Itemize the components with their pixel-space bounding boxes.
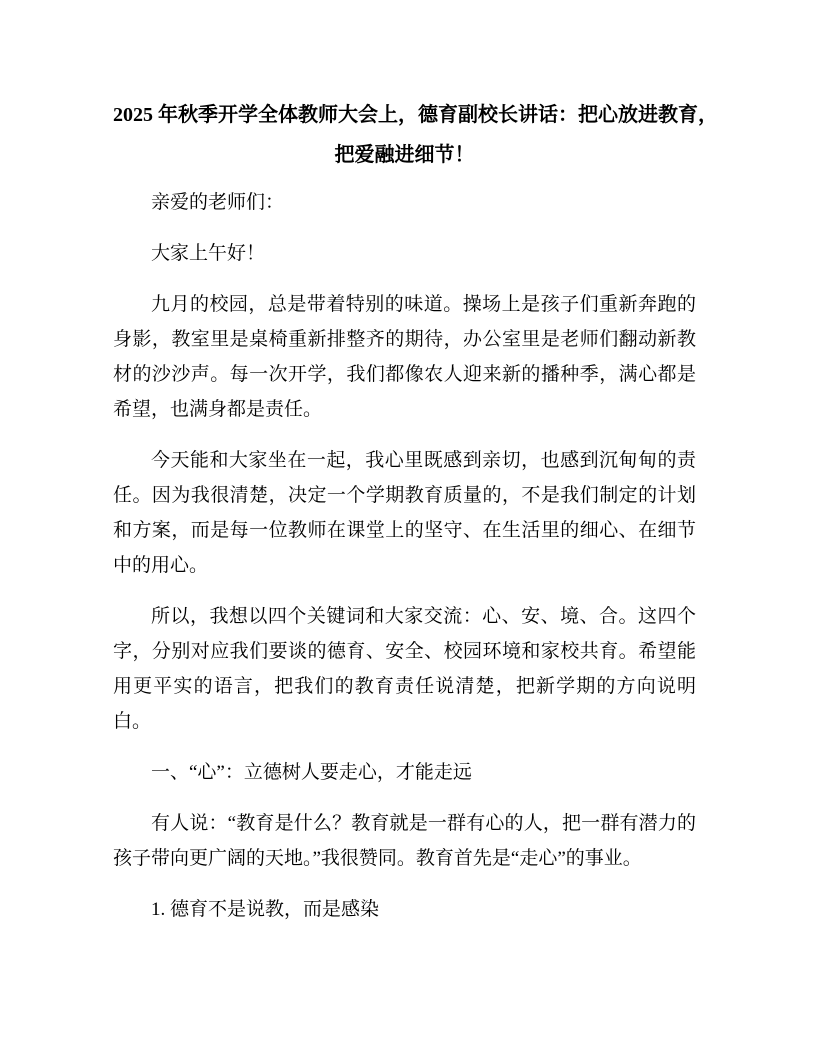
body-paragraph-what-is-education: 有人说：“教育是什么？教育就是一群有心的人，把一群有潜力的孩子带向更广阔的天地。… xyxy=(113,806,696,876)
subsection-heading-moral-education: 1. 德育不是说教，而是感染 xyxy=(113,892,696,927)
greeting-paragraph: 大家上午好！ xyxy=(113,236,696,271)
document-page: 2025 年秋季开学全体教师大会上，德育副校长讲话：把心放进教育， 把爱融进细节… xyxy=(0,0,816,1056)
section-heading-one-heart: 一、“心”：立德树人要走心，才能走远 xyxy=(113,755,696,790)
body-paragraph-september-campus: 九月的校园，总是带着特别的味道。操场上是孩子们重新奔跑的身影，教室里是桌椅重新排… xyxy=(113,287,696,427)
body-paragraph-four-keywords: 所以，我想以四个关键词和大家交流：心、安、境、合。这四个字，分别对应我们要谈的德… xyxy=(113,599,696,739)
document-title-line-1: 2025 年秋季开学全体教师大会上，德育副校长讲话：把心放进教育， xyxy=(113,95,696,135)
document-title-line-2: 把爱融进细节！ xyxy=(113,135,696,175)
salutation-paragraph: 亲爱的老师们： xyxy=(113,185,696,220)
body-paragraph-responsibility: 今天能和大家坐在一起，我心里既感到亲切，也感到沉甸甸的责任。因为我很清楚，决定一… xyxy=(113,443,696,583)
document-title: 2025 年秋季开学全体教师大会上，德育副校长讲话：把心放进教育， 把爱融进细节… xyxy=(113,95,696,175)
